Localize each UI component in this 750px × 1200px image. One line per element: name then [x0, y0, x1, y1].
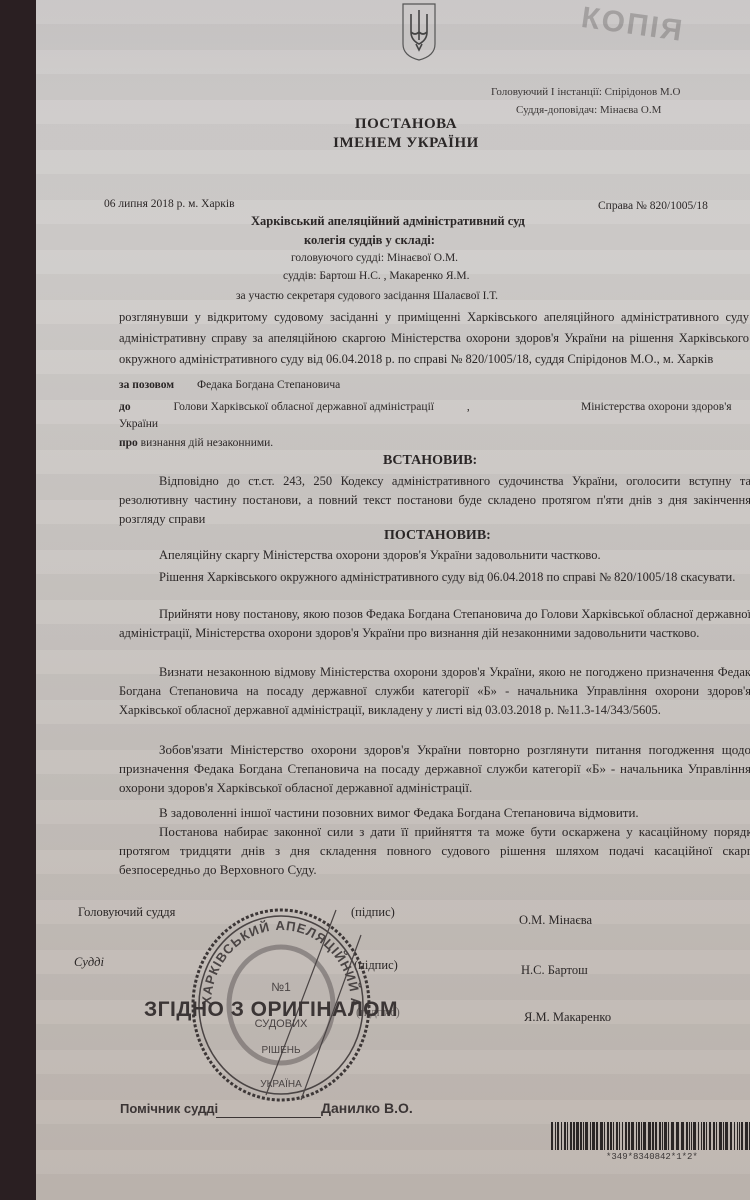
barcode-icon: [551, 1122, 750, 1150]
svg-text:№1: №1: [271, 980, 291, 994]
section-resolved: ПОСТАНОВИВ:: [384, 528, 491, 544]
subject-text: визнання дій незаконними.: [141, 437, 274, 449]
defendant-label: до: [119, 401, 131, 413]
resolution-7: Постанова набирає законної сили з дати ї…: [119, 822, 750, 879]
coat-of-arms-icon: [400, 0, 438, 62]
resolution-4: Визнати незаконною відмову Міністерства …: [119, 663, 750, 720]
subject-label: про: [119, 437, 138, 449]
defendant-1: Голови Харківської обласної державної ад…: [173, 401, 434, 413]
document-page: КОПІЯ Головуючий І інстанції: Спірідонов…: [36, 0, 750, 1200]
svg-text:УКРАЇНА: УКРАЇНА: [260, 1078, 302, 1090]
section-established: ВСТАНОВИВ:: [383, 453, 477, 469]
signature-name-presiding: О.М. Мінаєва: [519, 913, 592, 928]
resolution-2: Рішення Харківського окружного адміністр…: [119, 568, 750, 587]
secretary: за участю секретаря судового засідання Ш…: [236, 290, 498, 302]
defendant-2-continued: України: [119, 418, 158, 430]
resolution-1: Апеляційну скаргу Міністерства охорони з…: [119, 546, 750, 565]
signature-name-judge-3: Я.М. Макаренко: [524, 1010, 611, 1025]
resolution-5: Зобов'язати Міністерство охорони здоров'…: [119, 740, 750, 797]
plaintiff-name: Федака Богдана Степановича: [197, 379, 340, 391]
presiding-first-instance: Головуючий І інстанції: Спірідонов М.О: [491, 86, 680, 98]
assistant-label: Помічник судді: [120, 1101, 218, 1116]
plaintiff-label: за позовом: [119, 379, 174, 391]
signature-name-judge-2: Н.С. Бартош: [521, 963, 588, 978]
date-place: 06 липня 2018 р. м. Харків: [104, 198, 235, 210]
court-name: Харківський апеляційний адміністративний…: [251, 214, 525, 229]
signature-role-presiding: Головуючий суддя: [78, 905, 175, 920]
intro-paragraph: розглянувши у відкритому судовому засіда…: [119, 307, 749, 370]
judges: суддів: Бартош Н.С. , Макаренко Я.М.: [283, 270, 470, 282]
case-number: Справа № 820/1005/18: [598, 200, 708, 212]
judge-rapporteur: Суддя-доповідач: Мінаєва О.М: [516, 104, 661, 116]
resolution-6: В задоволенні іншої частини позовних вим…: [119, 803, 750, 822]
presiding-judge: головуючого судді: Мінаєвої О.М.: [291, 252, 458, 264]
signature-role-judges: Судді: [74, 955, 104, 970]
assistant-signature-line: [216, 1117, 321, 1118]
certified-copy-stamp: ЗГІДНО З ОРИГІНАЛОМ: [144, 998, 398, 1022]
resolution-3: Прийняти нову постанову, якою позов Феда…: [119, 605, 750, 643]
assistant-name: Данилко В.О.: [321, 1100, 413, 1116]
established-text: Відповідно до ст.ст. 243, 250 Кодексу ад…: [119, 472, 750, 529]
panel-heading: колегія суддів у складі:: [304, 233, 435, 248]
barcode-number: *349*8340842*1*2*: [606, 1152, 698, 1162]
document-subtitle: ІМЕНЕМ УКРАЇНИ: [286, 135, 526, 152]
copy-stamp: КОПІЯ: [579, 1, 686, 49]
document-title: ПОСТАНОВА: [286, 116, 526, 133]
defendant-2: Міністерства охорони здоров'я: [581, 401, 732, 413]
defendant-separator: ,: [467, 401, 470, 413]
